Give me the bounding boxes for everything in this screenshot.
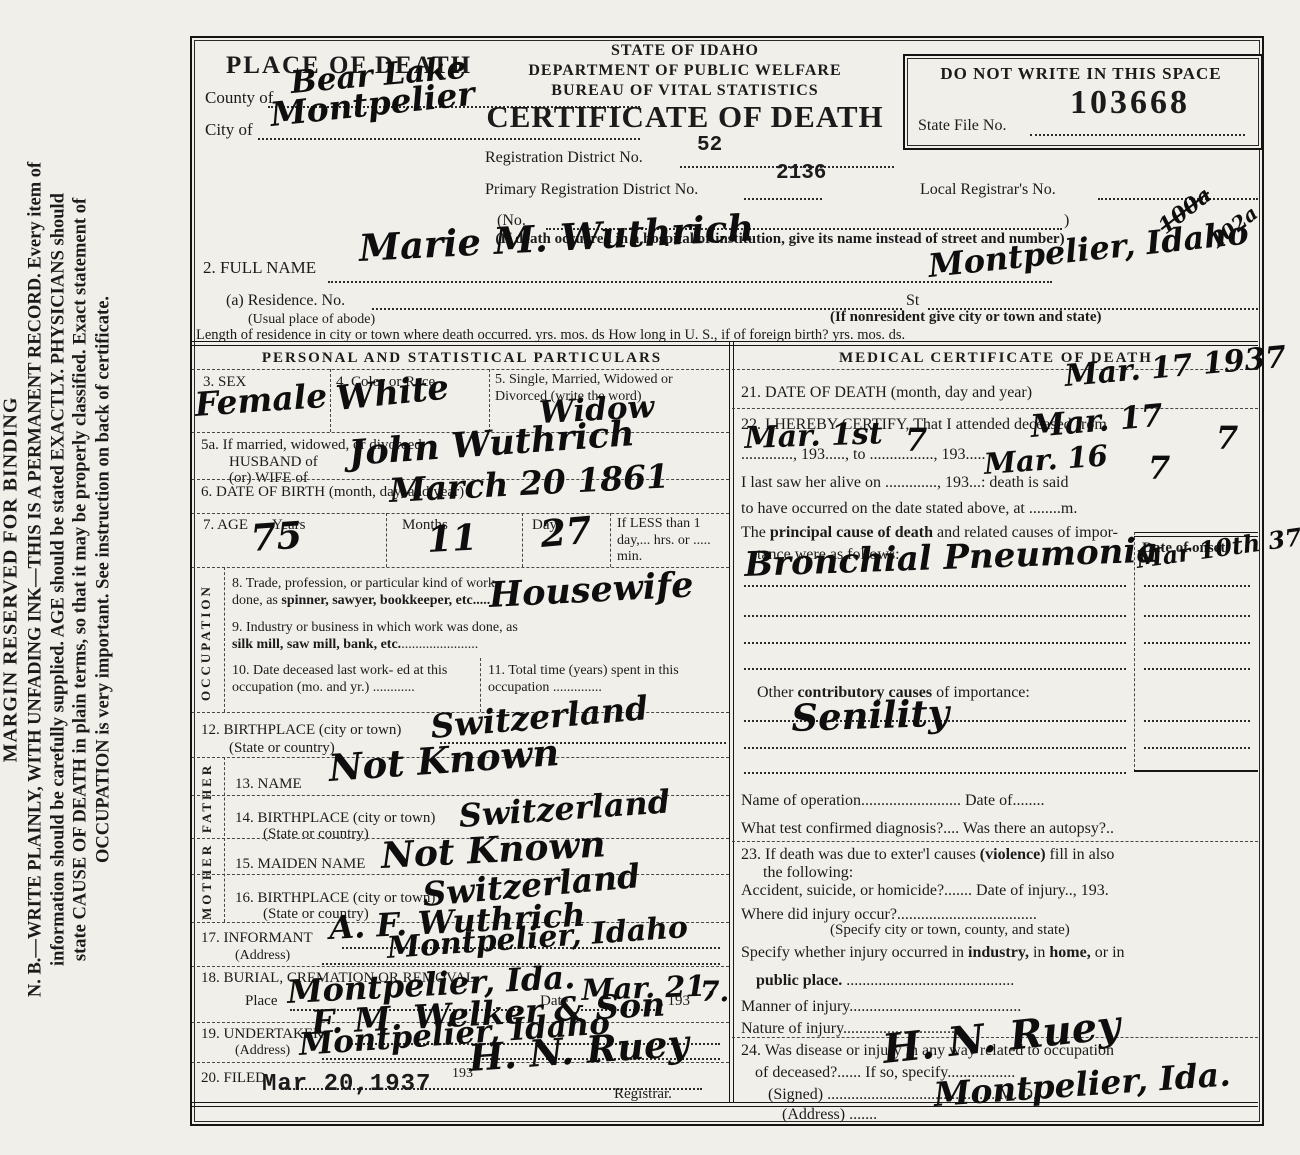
husband-of-label: HUSBAND of: [229, 454, 318, 471]
abode-note: (Usual place of abode): [248, 312, 375, 328]
personal-section-title: PERSONAL AND STATISTICAL PARTICULARS: [196, 350, 728, 367]
cause-line: [744, 585, 1126, 587]
header-divider: [192, 341, 1258, 346]
cell-divider: [224, 757, 225, 922]
cause-line: [744, 642, 1126, 644]
residence-label: (a) Residence. No.: [226, 292, 345, 310]
item8-bold-text: spinner, sawyer, bookkeeper, etc.....: [281, 593, 490, 608]
operation-line: Name of operation.......................…: [741, 792, 1044, 810]
item23-bold: (violence): [980, 846, 1046, 863]
onset-line: [1144, 642, 1250, 644]
binding-margin-note: MARGIN RESERVED FOR BINDING N. B.—WRITE …: [0, 45, 175, 1115]
state-file-line: [1030, 134, 1245, 136]
item13-label: 13. NAME: [235, 776, 302, 793]
item20-label: 20. FILED: [201, 1070, 266, 1087]
margin-nb-line4: OCCUPATION is very important. See instru…: [92, 45, 115, 1115]
sex-handwritten: Female: [194, 379, 328, 421]
primary-registration-line: [744, 198, 822, 200]
item23-line1: 23. If death was due to exter'l causes (…: [741, 846, 1114, 864]
margin-binding-line: MARGIN RESERVED FOR BINDING: [0, 45, 23, 1115]
father-vertical-label: FATHER: [199, 760, 215, 836]
test-line: What test confirmed diagnosis?.... Was t…: [741, 820, 1114, 838]
nonresident-note: (If nonresident give city or town and st…: [830, 309, 1102, 326]
item15-label: 15. MAIDEN NAME: [235, 856, 365, 873]
occupation-handwritten: Housewife: [488, 567, 694, 613]
item17-label: 17. INFORMANT: [201, 930, 313, 947]
industry-seg2: industry,: [968, 944, 1029, 961]
item9-label: 9. Industry or business in which work wa…: [232, 620, 532, 653]
cause-line: [744, 615, 1126, 617]
public-place-dots: ........................................…: [842, 972, 1014, 989]
item12-label: 12. BIRTHPLACE (city or town): [201, 722, 401, 739]
item9-text: 9. Industry or business in which work wa…: [232, 620, 518, 635]
state-line: STATE OF IDAHO: [470, 42, 900, 60]
onset-line: [1144, 668, 1250, 670]
public-place-line: public place. ..........................…: [756, 972, 1014, 990]
row-divider: [732, 841, 1258, 842]
industry-seg5: or in: [1091, 944, 1125, 961]
margin-nb-line1: N. B.—WRITE PLAINLY, WITH UNFADING INK—T…: [25, 45, 48, 1115]
item23-pre: 23. If death was due to exter'l causes: [741, 846, 980, 863]
row-divider: [732, 408, 1258, 409]
last-saw-handwritten: Mar. 16: [983, 441, 1109, 479]
physician-address-label: (Address): [782, 1106, 845, 1123]
if-less-label: If LESS than 1 day,... hrs. or ..... min…: [617, 516, 727, 566]
full-name-label: 2. FULL NAME: [203, 258, 316, 277]
age-years-handwritten: 75: [249, 516, 303, 557]
bottom-divider: [192, 1102, 1258, 1107]
contrib-line: [744, 772, 1126, 774]
state-country-note-14: (State or country): [263, 826, 369, 843]
address-line: (Address) .......: [782, 1106, 877, 1124]
item23-post: fill in also: [1046, 846, 1115, 863]
contributory-cause-handwritten: Senility: [791, 695, 950, 737]
county-label: County of: [205, 88, 273, 107]
bureau-line: BUREAU OF VITAL STATISTICS: [470, 82, 900, 100]
signed-label: (Signed): [768, 1086, 823, 1103]
department-line: DEPARTMENT OF PUBLIC WELFARE: [440, 62, 930, 80]
age-days-handwritten: 27: [539, 512, 594, 553]
item8-label: 8. Trade, profession, or particular kind…: [232, 576, 500, 609]
cell-divider: [610, 513, 611, 567]
city-label: City of: [205, 120, 253, 139]
burial-place-label: Place: [245, 993, 277, 1010]
item10-label: 10. Date deceased last work- ed at this …: [232, 663, 476, 696]
occurred-line: to have occurred on the date stated abov…: [741, 500, 1077, 518]
item14-label: 14. BIRTHPLACE (city or town): [235, 810, 435, 827]
item23-line2: the following:: [763, 864, 853, 882]
industry-line: Specify whether injury occurred in indus…: [741, 944, 1125, 962]
registration-district-label: Registration District No.: [485, 149, 643, 167]
attended-from-handwritten: Mar. 1st: [744, 419, 883, 454]
physician-address-dots: .......: [849, 1106, 877, 1123]
accident-line: Accident, suicide, or homicide?....... D…: [741, 882, 1109, 900]
onset-line: [1144, 585, 1250, 587]
item9-bold-text: silk mill, saw mill, bank, etc.: [232, 637, 401, 652]
attended-from-year-handwritten: 7: [905, 424, 927, 456]
registration-district-value: 52: [697, 134, 722, 158]
margin-nb-line2: information should be carefully supplied…: [47, 45, 70, 1115]
registrar-label: Registrar.: [614, 1086, 672, 1103]
age-label: 7. AGE: [203, 517, 248, 534]
cell-divider: [330, 369, 331, 432]
occupation-vertical-label: OCCUPATION: [198, 578, 214, 708]
item21-label: 21. DATE OF DEATH (month, day and year): [741, 384, 1032, 402]
contrib-line: [744, 747, 1126, 749]
informant-address-note: (Address): [235, 948, 290, 964]
primary-registration-value: 2136: [776, 162, 826, 186]
state-country-note-12: (State or country): [229, 740, 335, 757]
street-no-close: ): [1064, 212, 1069, 230]
onset-line: [1144, 747, 1250, 749]
industry-seg3: in: [1029, 944, 1049, 961]
last-saw-year-handwritten: 7: [1148, 452, 1170, 484]
state-file-number: 103668: [1070, 84, 1190, 122]
onset-box-bottom: [1134, 770, 1258, 772]
age-months-handwritten: 11: [426, 519, 478, 558]
residence-line: [372, 308, 902, 310]
attended-to-year-handwritten: 7: [1216, 422, 1238, 454]
specify-city-note: (Specify city or town, county, and state…: [830, 922, 1070, 939]
burial-year-handwritten: 7.: [700, 978, 729, 1006]
local-registrar-label: Local Registrar's No.: [920, 181, 1056, 199]
death-certificate-scan: MARGIN RESERVED FOR BINDING N. B.—WRITE …: [0, 0, 1300, 1155]
onset-line: [1144, 615, 1250, 617]
certificate-title: CERTIFICATE OF DEATH: [440, 100, 930, 135]
item9-dots: ......................: [401, 637, 478, 652]
margin-nb-line3: state CAUSE OF DEATH in plain terms, so …: [70, 45, 93, 1115]
industry-seg4: home,: [1049, 944, 1090, 961]
column-divider: [729, 341, 734, 1103]
public-place-bold: public place.: [756, 972, 842, 989]
manner-of-injury-line: Manner of injury........................…: [741, 998, 1021, 1016]
city-line: [258, 138, 640, 140]
mother-vertical-label: MOTHER: [199, 842, 215, 920]
cell-divider: [386, 513, 387, 567]
undertaker-address-note: (Address): [235, 1043, 290, 1059]
principal-pre: The: [741, 524, 770, 541]
do-not-write-label: DO NOT WRITE IN THIS SPACE: [903, 64, 1259, 83]
industry-seg1: Specify whether injury occurred in: [741, 944, 968, 961]
cause-line: [744, 668, 1126, 670]
row-divider: [192, 369, 729, 370]
filed-date-stamp: Mar 20,1937: [262, 1072, 431, 1099]
primary-registration-label: Primary Registration District No.: [485, 181, 698, 199]
cell-divider: [522, 513, 523, 567]
onset-line: [1144, 720, 1250, 722]
cell-divider: [224, 567, 225, 712]
state-file-label: State File No.: [918, 117, 1006, 135]
street-label: St: [906, 292, 919, 310]
